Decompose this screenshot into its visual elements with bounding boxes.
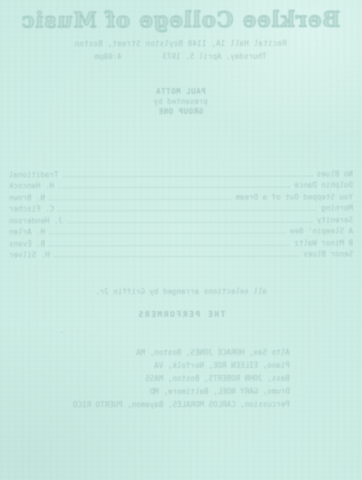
composer-name: H. Arlen	[9, 227, 45, 236]
program-row: You Stepped Out of a Dream N. Brown	[9, 190, 353, 202]
dotted-leader	[67, 221, 313, 223]
piece-title: Senor Blues	[303, 250, 353, 259]
dotted-leader	[49, 244, 290, 246]
dotted-leader	[49, 233, 286, 235]
piece-title: Dolphin Dance	[294, 181, 353, 190]
piece-title: Morning	[321, 204, 353, 213]
program-row: Dolphin Dance H. Hancock	[9, 178, 353, 190]
performers-list: Alto Sax, HORACE JONES, Boston, MA Piano…	[73, 346, 290, 412]
event-date: Thursday, April 5, 1973	[163, 52, 267, 61]
piece-title: You Stepped Out of a Dream	[235, 192, 352, 201]
composer-name: B. Evans	[9, 239, 45, 248]
dotted-leader	[54, 256, 300, 258]
piece-title: Serenity	[317, 215, 353, 224]
performer-line: Piano, EILEEN ROE, Norfolk, VA	[73, 359, 290, 373]
program-row: B Minor Waltz B. Evans	[9, 236, 353, 248]
performers-heading: THE PERFORMERS	[0, 310, 362, 320]
program-row: Senor Blues H. Silver	[9, 247, 353, 259]
program-row: A Sleepin' Bee H. Arlen	[9, 224, 353, 236]
presentation-block: PAUL MOTTA presented by GROUP ONE	[0, 87, 362, 118]
ensemble-name: GROUP ONE	[0, 107, 362, 118]
date-time-line: Thursday, April 5, 1973 4:00pm	[95, 52, 267, 61]
venue-address-line: Recital Hall 1A, 1140 Boylston Street, B…	[0, 39, 361, 49]
dotted-leader	[63, 175, 313, 177]
performer-line: Bass, JOHN ROBERTS, Boston, MASS	[73, 372, 290, 386]
composer-name: H. Silver	[9, 250, 50, 259]
program-row: No Blues Traditional	[9, 167, 353, 179]
composer-name: J. Henderson	[9, 216, 63, 225]
composer-name: Traditional	[9, 170, 59, 179]
program-row: Serenity J. Henderson	[9, 213, 353, 225]
arranger-credit-line: all selections arranged by Griffin Jr.	[0, 287, 362, 297]
dotted-leader	[58, 187, 290, 189]
performer-line: Percussion, CARLOS MORALES, Bayamon, PUE…	[73, 398, 290, 412]
piece-title: A Sleepin' Bee	[290, 227, 353, 236]
mirrored-bleedthrough-layer: Berklee College of Music Recital Hall 1A…	[0, 0, 362, 480]
piece-title: No Blues	[317, 169, 353, 178]
event-time: 4:00pm	[95, 52, 122, 61]
program-list: No Blues Traditional Dolphin Dance H. Ha…	[9, 167, 353, 260]
scanned-program-page: Berklee College of Music Recital Hall 1A…	[0, 0, 362, 480]
composer-name: N. Brown	[9, 193, 45, 202]
college-banner-title: Berklee College of Music	[0, 7, 361, 33]
performer-line: Drums, GARY NOEL, Baltimore, MD	[73, 385, 290, 399]
piece-title: B Minor Waltz	[294, 238, 353, 247]
performer-line: Alto Sax, HORACE JONES, Boston, MA	[73, 346, 290, 360]
dotted-leader	[58, 210, 317, 212]
program-row: Morning C. Fischer	[9, 201, 353, 213]
composer-name: H. Hancock	[9, 181, 54, 190]
dotted-leader	[49, 198, 231, 199]
composer-name: C. Fischer	[9, 204, 54, 213]
stray-pen-mark: '	[59, 330, 64, 339]
